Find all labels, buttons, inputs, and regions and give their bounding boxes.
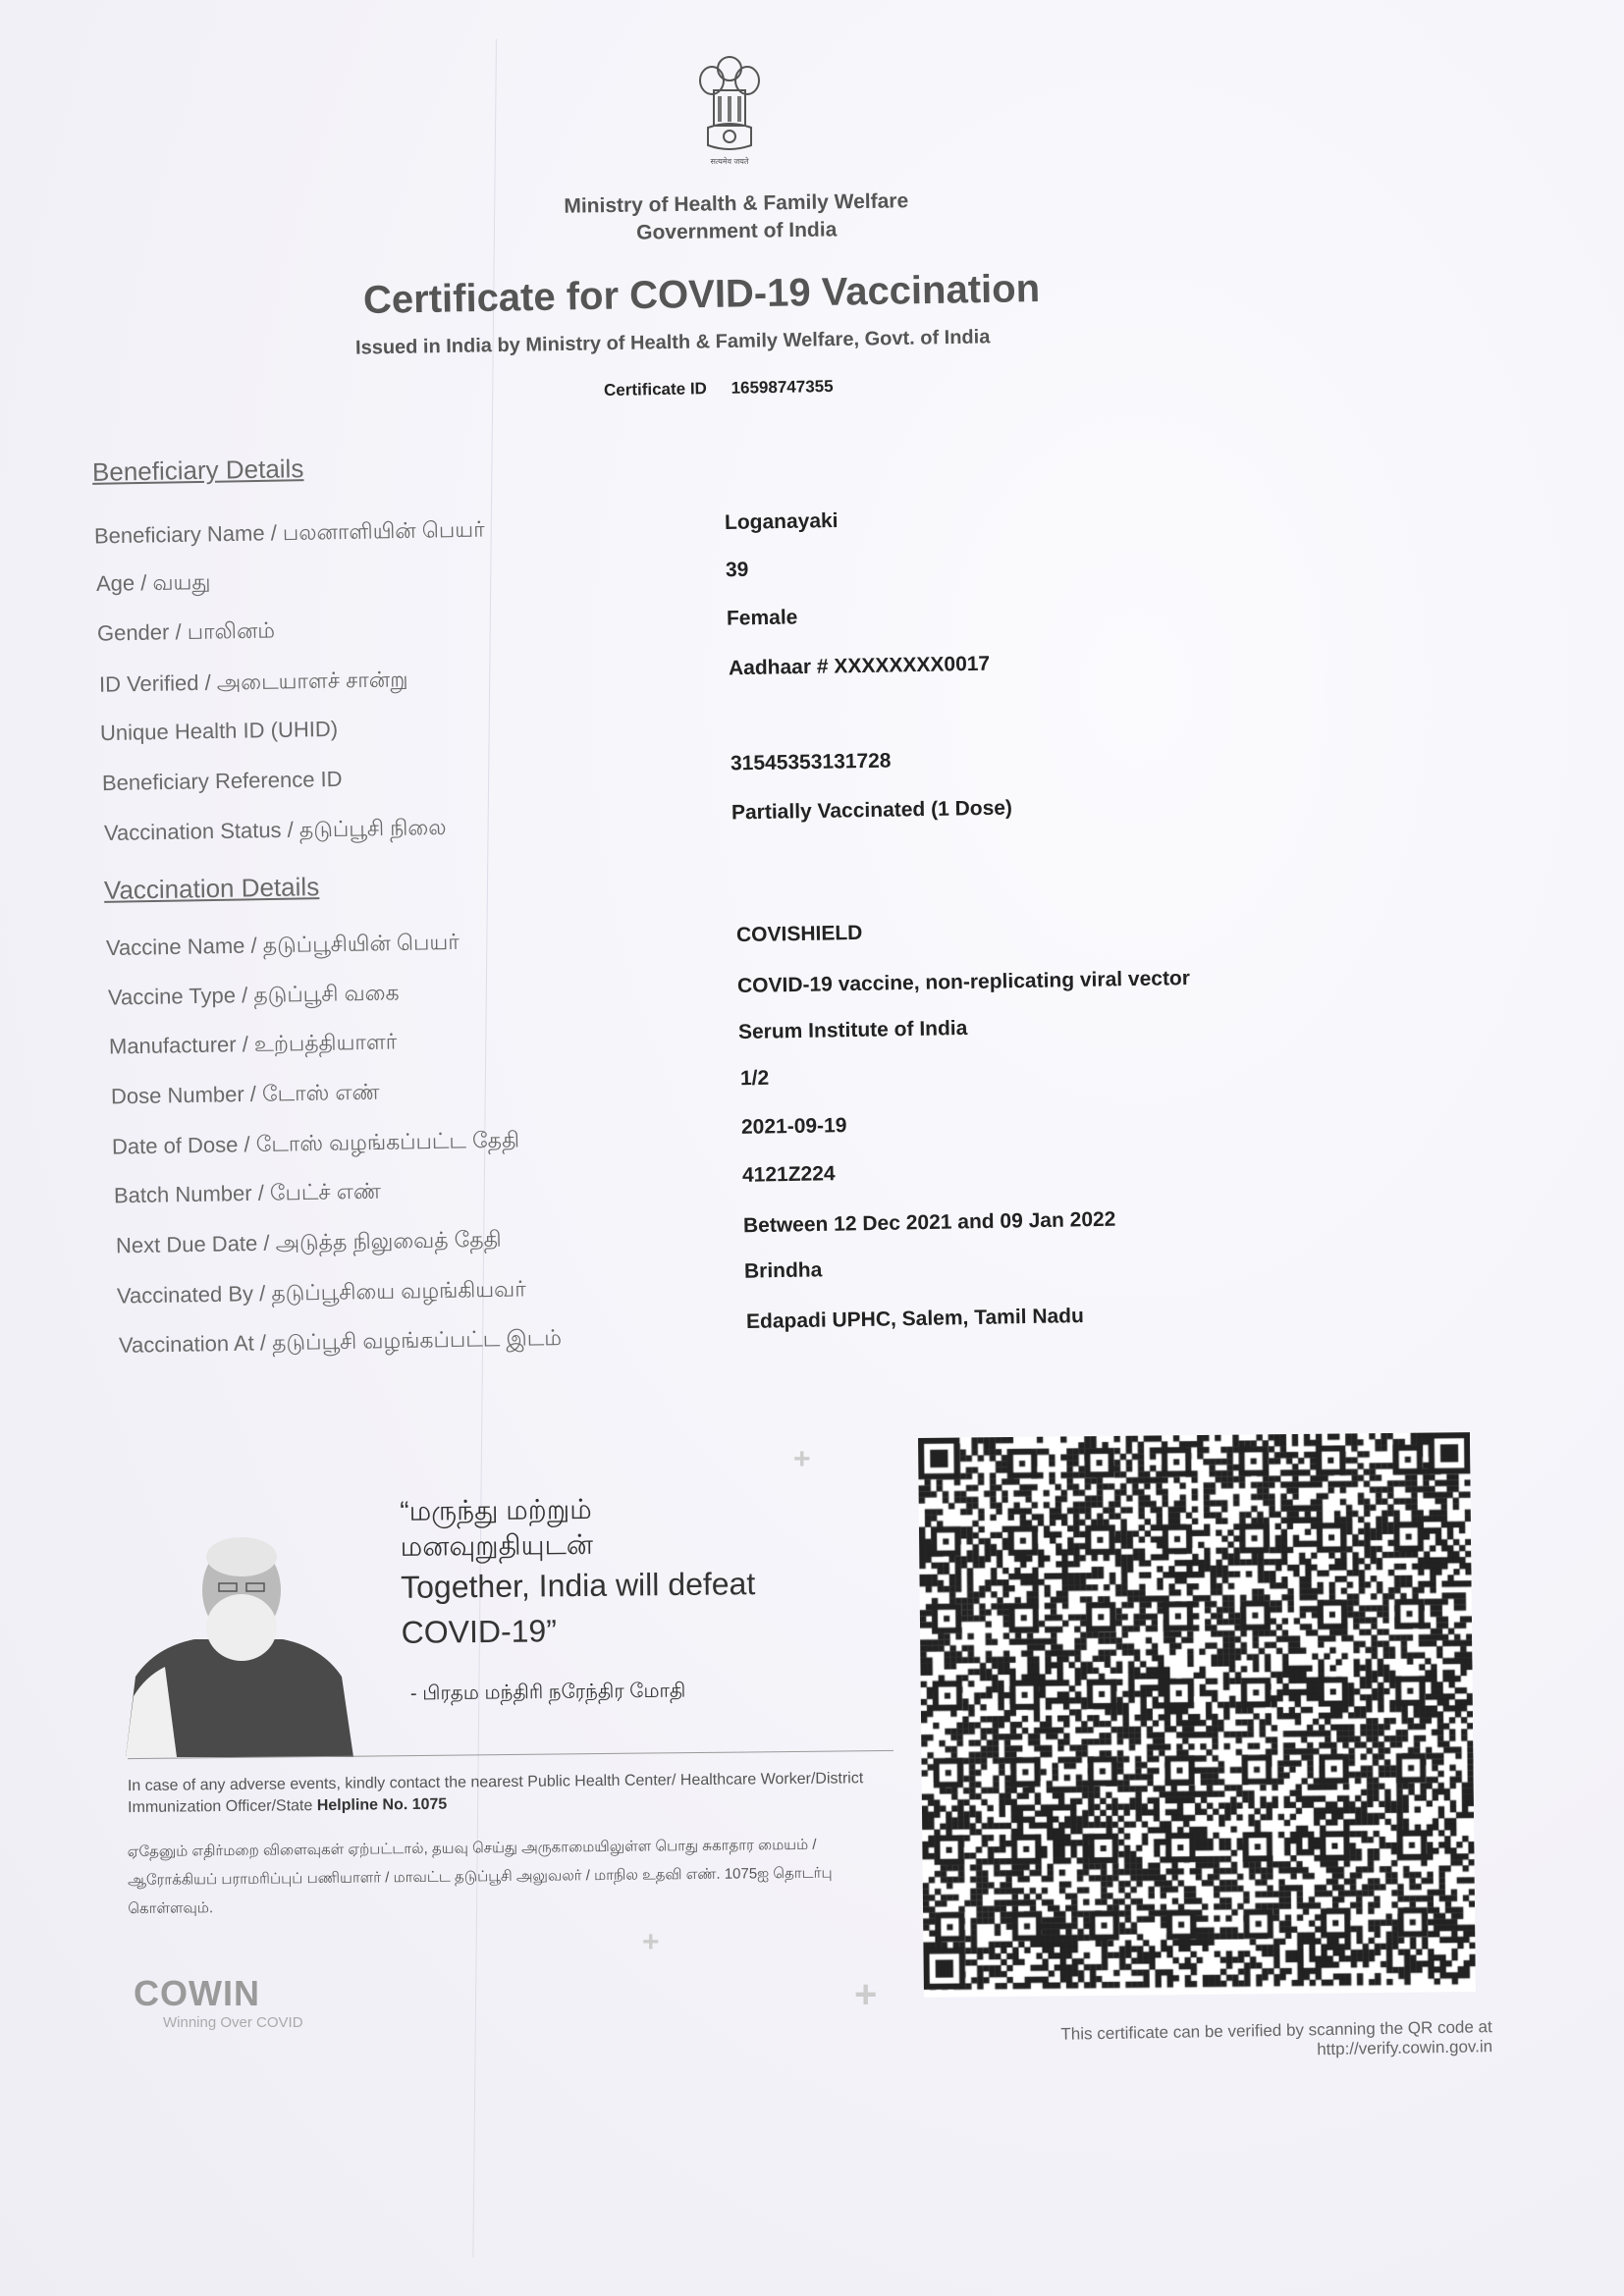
field-label: Unique Health ID (UHID)	[100, 717, 338, 746]
field-value: Loganayaki	[725, 509, 839, 535]
plus-mark-icon: +	[793, 1443, 811, 1476]
advisory-tamil: ஏதேனும் எதிர்மறை விளைவுகள் ஏற்பட்டால், த…	[128, 1830, 894, 1923]
field-label: Vaccine Name / தடுப்பூசியின் பெயர்	[106, 930, 460, 964]
vaccination-section-title: Vaccination Details	[104, 872, 320, 906]
advisory-english: In case of any adverse events, kindly co…	[128, 1768, 893, 1819]
field-label: Beneficiary Name / பலனாளியின் பெயர்	[94, 517, 485, 553]
ministry-name: Ministry of Health & Family Welfare Gove…	[0, 179, 1473, 257]
verification-qr-code	[918, 1432, 1476, 1998]
plus-mark-icon: +	[854, 1973, 877, 2017]
field-value: 31545353131728	[731, 750, 892, 776]
field-value: Between 12 Dec 2021 and 09 Jan 2022	[743, 1208, 1116, 1239]
field-value: 39	[726, 559, 749, 582]
certificate-page: सत्यमेव जयते Ministry of Health & Family…	[0, 0, 1624, 2296]
quote-tamil-line-1: “மருந்து மற்றும்	[400, 1490, 754, 1529]
quote-english-line-1: Together, India will defeat	[401, 1561, 756, 1610]
field-label: Dose Number / டோஸ் எண்	[111, 1079, 380, 1112]
field-label: Age / வயது	[95, 568, 210, 599]
svg-text:सत्यमेव जयते: सत्यमेव जयते	[711, 156, 749, 166]
field-value: Serum Institute of India	[738, 1017, 968, 1044]
advisory-text: In case of any adverse events, kindly co…	[128, 1770, 864, 1816]
field-label: Vaccine Type / தடுப்பூசி வகை	[107, 980, 399, 1013]
field-label: Beneficiary Reference ID	[102, 766, 343, 795]
field-value: 4121Z224	[742, 1162, 836, 1188]
field-label: Batch Number / பேட்ச் எண்	[114, 1178, 381, 1211]
certificate-id-value: 16598747355	[731, 377, 833, 398]
plus-mark-icon: +	[642, 1926, 660, 1959]
field-label: Vaccination Status / தடுப்பூசி நிலை	[103, 815, 446, 849]
cowin-tagline: Winning Over COVID	[163, 2014, 303, 2031]
certificate-id: Certificate ID 16598747355	[604, 377, 834, 400]
verification-note: This certificate can be verified by scan…	[943, 2017, 1493, 2066]
prime-minister-photo	[126, 1529, 353, 1757]
field-value: COVISHIELD	[736, 922, 863, 947]
field-label: Vaccination At / தடுப்பூசி வழங்கப்பட்ட இ…	[119, 1325, 562, 1362]
field-label: Vaccinated By / தடுப்பூசியை வழங்கியவர்	[117, 1276, 526, 1311]
field-label: ID Verified / அடையாளச் சான்று	[99, 667, 408, 700]
field-label: Gender / பாலினம்	[97, 617, 276, 649]
cowin-logo: COWIN	[134, 1973, 260, 2014]
issued-by: Issued in India by Ministry of Health & …	[355, 326, 991, 359]
field-value: 1/2	[739, 1067, 769, 1092]
certificate-title: Certificate for COVID-19 Vaccination	[363, 267, 1041, 323]
field-label: Date of Dose / டோஸ் வழங்கப்பட்ட தேதி	[112, 1127, 520, 1162]
quote-attribution: - பிரதம மந்திரி நரேந்திர மோதி	[410, 1681, 686, 1708]
field-value: Edapadi UPHC, Salem, Tamil Nadu	[745, 1305, 1083, 1334]
field-value: Aadhaar # XXXXXXXX0017	[728, 653, 990, 681]
quote-tamil-line-2: மனவுறுதியுடன்	[401, 1525, 755, 1565]
field-value: Female	[727, 606, 798, 630]
field-label: Manufacturer / உற்பத்தியாளர்	[109, 1029, 398, 1062]
quote: “மருந்து மற்றும் மனவுறுதியுடன் Together,…	[400, 1490, 756, 1655]
field-value: Brindha	[744, 1258, 823, 1283]
helpline-number: Helpline No. 1075	[317, 1796, 448, 1814]
quote-english-line-2: COVID-19”	[401, 1606, 756, 1655]
field-value: Partially Vaccinated (1 Dose)	[731, 797, 1012, 826]
field-label: Next Due Date / அடுத்த நிலுவைத் தேதி	[115, 1227, 501, 1262]
beneficiary-section-title: Beneficiary Details	[92, 454, 304, 488]
field-value: 2021-09-19	[741, 1114, 847, 1140]
certificate-id-label: Certificate ID	[604, 379, 707, 400]
national-emblem-icon: सत्यमेव जयते	[690, 51, 769, 169]
field-value: COVID-19 vaccine, non-replicating viral …	[737, 967, 1190, 998]
